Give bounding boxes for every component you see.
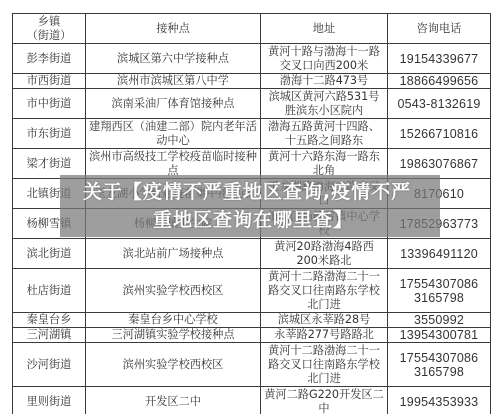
- cell-township: 市西街道: [13, 74, 86, 89]
- table-row: 市东街道 建翔西区（油建二部）院内老年活动中心 渤海五路黄河十四路、十五路之间路…: [13, 119, 491, 149]
- cell-phone-line2: 3165798: [414, 291, 464, 305]
- cell-phone-line1: 17554307086: [400, 351, 479, 365]
- table-row: 彭李街道 滨城区第六中学接种点 黄河十路与渤海十一路交叉口向西200米 1915…: [13, 44, 491, 74]
- article-title[interactable]: 关于【疫情不严重地区查询,疫情不严 重地区查询在哪里查】: [60, 175, 440, 234]
- header-phone: 咨询电话: [388, 14, 491, 44]
- table-row: 秦皇台乡 秦皇台乡中心学校 滨城区永莘路28号 3550992: [13, 313, 491, 328]
- cell-township: 市中街道: [13, 89, 86, 119]
- cell-phone-line1: 17554307086: [400, 277, 479, 291]
- table-row: 市西街道 滨州市滨城区第八中学 渤海十二路473号 18866499656: [13, 74, 491, 89]
- cell-site: 滨南采油厂体育馆接种点: [86, 89, 261, 119]
- table-row: 三河湖镇 三河湖镇实验学校接种点 永莘路277号路路北 13954300781: [13, 328, 491, 343]
- table-row: 梁才街道 滨州市高级技工学校疫苗临时接种点 黄河十六路东海一路东北角 19863…: [13, 149, 491, 179]
- cell-phone: 19863076867: [388, 149, 491, 179]
- cell-address: 滨城区永莘路28号: [261, 313, 388, 328]
- table-row: 市中街道 滨南采油厂体育馆接种点 滨城区黄河六路531号胜滨东小区院内 0543…: [13, 89, 491, 119]
- cell-township: 滨北街道: [13, 239, 86, 269]
- header-address: 地址: [261, 14, 388, 44]
- table-row: 杜店街道 滨州实验学校西校区 黄河十二路渤海二十一路交叉口往南路东学校北门进 1…: [13, 269, 491, 313]
- table-row: 沙河街道 滨州实验学校西校区 黄河十二路渤海二十一路交叉口往南路东学校北门进 1…: [13, 343, 491, 387]
- article-title-banner[interactable]: 关于【疫情不严重地区查询,疫情不严 重地区查询在哪里查】: [60, 175, 440, 237]
- cell-phone: 15266710816: [388, 119, 491, 149]
- cell-township: 沙河街道: [13, 343, 86, 387]
- cell-phone-line2: 3165798: [414, 365, 464, 379]
- article-title-line1: 关于【疫情不严重地区查询,疫情不严: [54, 178, 440, 206]
- cell-township: 梁才街道: [13, 149, 86, 179]
- cell-phone: 0543-8132619: [388, 89, 491, 119]
- cell-township: 里则街道: [13, 387, 86, 414]
- header-township: 乡镇 （街道）: [13, 14, 86, 44]
- cell-phone: 19154339677: [388, 44, 491, 74]
- header-site: 接种点: [86, 14, 261, 44]
- cell-site: 滨北站前广场接种点: [86, 239, 261, 269]
- cell-site: 建翔西区（油建二部）院内老年活动中心: [86, 119, 261, 149]
- cell-phone: 17554307086 3165798: [388, 269, 491, 313]
- cell-site: 滨州市高级技工学校疫苗临时接种点: [86, 149, 261, 179]
- cell-address: 黄河十六路东海一路东北角: [261, 149, 388, 179]
- cell-site: 三河湖镇实验学校接种点: [86, 328, 261, 343]
- table-row: 里则街道 开发区二中 黄河二路G220开发区二中 19954353933: [13, 387, 491, 414]
- cell-address: 黄河十二路渤海二十一路交叉口往南路东学校北门进: [261, 343, 388, 387]
- cell-township: 秦皇台乡: [13, 313, 86, 328]
- cell-site: 滨州实验学校西校区: [86, 269, 261, 313]
- header-township-line1: 乡镇: [38, 15, 60, 28]
- cell-phone: 13954300781: [388, 328, 491, 343]
- article-title-line2: 重地区查询在哪里查】: [66, 206, 440, 234]
- cell-phone: 19954353933: [388, 387, 491, 414]
- table-row: 滨北街道 滨北站前广场接种点 黄河20路渤海4路西200米路北 13396491…: [13, 239, 491, 269]
- cell-site: 开发区二中: [86, 387, 261, 414]
- cell-address: 渤海十二路473号: [261, 74, 388, 89]
- cell-address: 黄河十二路渤海二十一路交叉口往南路东学校北门进: [261, 269, 388, 313]
- header-township-line2: （街道）: [27, 29, 72, 42]
- cell-site: 秦皇台乡中心学校: [86, 313, 261, 328]
- cell-site: 滨州市滨城区第八中学: [86, 74, 261, 89]
- cell-township: 三河湖镇: [13, 328, 86, 343]
- cell-address: 永莘路277号路路北: [261, 328, 388, 343]
- cell-address: 黄河十路与渤海十一路交叉口向西200米: [261, 44, 388, 74]
- cell-township: 市东街道: [13, 119, 86, 149]
- cell-address: 黄河二路G220开发区二中: [261, 387, 388, 414]
- cell-phone: 3550992: [388, 313, 491, 328]
- cell-site: 滨州实验学校西校区: [86, 343, 261, 387]
- cell-address: 滨城区黄河六路531号胜滨东小区院内: [261, 89, 388, 119]
- cell-site: 滨城区第六中学接种点: [86, 44, 261, 74]
- cell-address: 渤海五路黄河十四路、十五路之间路东: [261, 119, 388, 149]
- cell-township: 杜店街道: [13, 269, 86, 313]
- cell-address: 黄河20路渤海4路西200米路北: [261, 239, 388, 269]
- header-row: 乡镇 （街道） 接种点 地址 咨询电话: [13, 14, 491, 44]
- cell-phone: 17554307086 3165798: [388, 343, 491, 387]
- cell-township: 彭李街道: [13, 44, 86, 74]
- cell-phone: 18866499656: [388, 74, 491, 89]
- cell-phone: 13396491120: [388, 239, 491, 269]
